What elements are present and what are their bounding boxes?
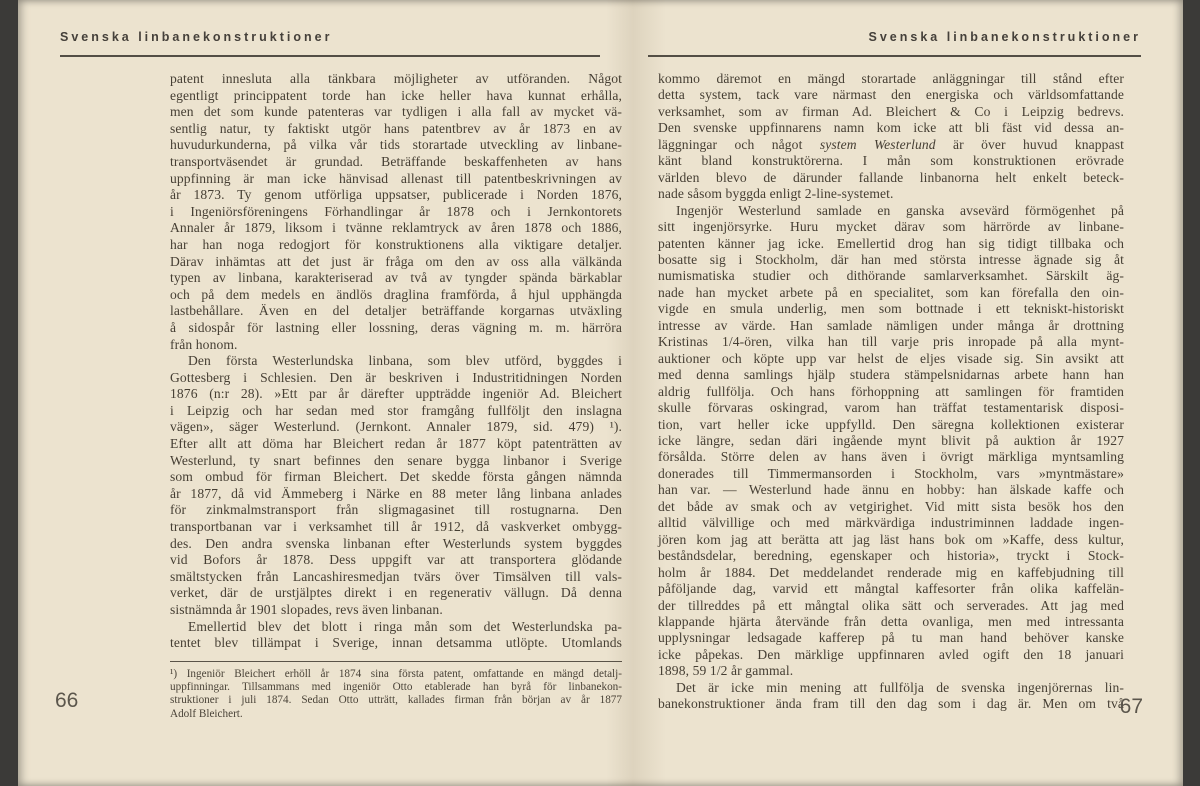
book-spread: Svenska linbanekonstruktioner patent inn… xyxy=(18,0,1183,786)
text-line: patent innesluta alla tänkbara möjlighet… xyxy=(170,71,622,88)
footnote: ¹) Ingeniör Bleichert erhöll år 1874 sin… xyxy=(170,668,622,721)
text-line: 1898, 59 1/2 år gammal. xyxy=(658,663,1124,679)
text-line: men det som kunde patenteras var tydlige… xyxy=(170,104,622,121)
text-line: tentet blev tillämpat i Sverige, innan d… xyxy=(170,635,622,652)
text-line: har han noga redogjort för konstruktione… xyxy=(170,237,622,254)
page-number-right: 67 xyxy=(1120,695,1143,719)
text-line: verket, där de urstjälptes direkt i en r… xyxy=(170,585,622,602)
text-line: transportbanan var i verksamhet till år … xyxy=(170,519,622,536)
header-rule-right xyxy=(648,55,1141,57)
running-header-right: Svenska linbanekonstruktioner xyxy=(869,30,1141,44)
text-line: der tillreddes på ett mångtal olika sätt… xyxy=(658,598,1124,614)
text-line: Den svenske uppfinnarens namn kom icke a… xyxy=(658,120,1124,136)
text-line: donerades till Timmermansorden i Stockho… xyxy=(658,466,1124,482)
text-line: kommo däremot en mängd storartade anlägg… xyxy=(658,71,1124,87)
page-right: Svenska linbanekonstruktioner kommo däre… xyxy=(620,0,1183,786)
text-column-right: kommo däremot en mängd storartade anlägg… xyxy=(658,71,1124,713)
text-line: år 1877, då vid Ämmeberg i Närke en 88 m… xyxy=(170,486,622,503)
text-line: Ingenjör Westerlund samlade en ganska av… xyxy=(658,203,1124,219)
page-left: Svenska linbanekonstruktioner patent inn… xyxy=(18,0,620,786)
text-line: läggningar och något system Westerlund ä… xyxy=(658,137,1124,153)
text-line: numismatiska studier och dithörande saml… xyxy=(658,268,1124,284)
text-line: icke längre, sedan däri ingående mynt bl… xyxy=(658,433,1124,449)
text-line: i Leipzig och har sedan med stor framgån… xyxy=(170,403,622,420)
text-line: i Ingeniörsföreningens Förhandlingar år … xyxy=(170,204,622,221)
text-line: uppfinning är man icke hänvisad allenast… xyxy=(170,171,622,188)
text-line: alltid välvillige och med märkvärdiga in… xyxy=(658,515,1124,531)
text-line: Därav inhämtas att det just är fråga om … xyxy=(170,254,622,271)
text-line: nade såsom byggda enligt 2-line-systemet… xyxy=(658,186,1124,202)
text-line: Emellertid blev det blott i ringa mån so… xyxy=(170,619,622,636)
text-line: detta system, tack vare närmast den ener… xyxy=(658,87,1124,103)
header-rule-left xyxy=(60,55,600,57)
text-line: uppfinningar. Tillsammans med ingeniör O… xyxy=(170,681,622,694)
text-line: banekonstruktioner ända fram till den da… xyxy=(658,696,1124,712)
text-line: försålda. Större delen av hans även i öv… xyxy=(658,449,1124,465)
text-line: Adolf Bleichert. xyxy=(170,708,622,721)
text-line: auktioner och köpte upp var helst de elj… xyxy=(658,351,1124,367)
text-line: som ombud för firman Bleichert. Det sked… xyxy=(170,469,622,486)
text-line: Westerlund, ty snart befinnes den senare… xyxy=(170,453,622,470)
text-line: år 1873. Ty genom utförliga uppsatser, p… xyxy=(170,187,622,204)
text-line: det både av smak och av vetgirighet. Vid… xyxy=(658,499,1124,515)
text-line: verksamhet, som av firman Ad. Bleichert … xyxy=(658,104,1124,120)
text-line: transportväsendet är grundad. Beträffand… xyxy=(170,154,622,171)
text-line: sitt ingenjörsyrke. Huru mycket därav so… xyxy=(658,219,1124,235)
text-line: för zinkmalmstransport från sligmagasine… xyxy=(170,502,622,519)
text-line: jören kom jag att berätta att jag läst h… xyxy=(658,532,1124,548)
text-line: beståndsdelar, beredning, egenskaper och… xyxy=(658,548,1124,564)
text-line: lastbehållare. Även en del detaljer betr… xyxy=(170,303,622,320)
text-line: egentligt princippatent torde han icke h… xyxy=(170,88,622,105)
text-line: aldrig fullfölja. Och hans förhoppning a… xyxy=(658,384,1124,400)
text-line: Annaler år 1879, liksom i tvänne reklamt… xyxy=(170,220,622,237)
text-line: Efter allt att döma har Bleichert redan … xyxy=(170,436,622,453)
text-line: nade han mycket arbete på en specialitet… xyxy=(658,285,1124,301)
text-line: struktioner i juli 1874. Sedan Otto uttr… xyxy=(170,694,622,707)
page-number-left: 66 xyxy=(55,689,78,713)
text-line: känt bland konstruktörerna. I mån som ko… xyxy=(658,153,1124,169)
text-line: han var. — Westerlund hade ännu en hobby… xyxy=(658,482,1124,498)
text-line: smältstycken från Lancashiresmedjan tvär… xyxy=(170,569,622,586)
text-column-left: patent innesluta alla tänkbara möjlighet… xyxy=(170,71,622,652)
text-line: vägen», säger Westerlund. (Jernkont. Ann… xyxy=(170,419,622,436)
text-line: från honom. xyxy=(170,337,622,354)
text-line: vid Bofors år 1878. Dess uppgift var att… xyxy=(170,552,622,569)
text-line: huvudurkunderna, på vilka vår tids stora… xyxy=(170,137,622,154)
footnote-rule xyxy=(170,661,622,662)
text-line: Gottesberg i Schlesien. Den är beskriven… xyxy=(170,370,622,387)
text-line: ¹) Ingeniör Bleichert erhöll år 1874 sin… xyxy=(170,668,622,681)
text-line: med denna samlings hjälp studera stämpel… xyxy=(658,367,1124,383)
text-line: påföljande dag, varvid ett mångtal kaffe… xyxy=(658,581,1124,597)
text-line: 1876 (n:r 28). »Ett par år därefter uppt… xyxy=(170,386,622,403)
running-header-left: Svenska linbanekonstruktioner xyxy=(60,30,332,44)
text-line: Kristinas 1/4-ören, vilka han till varje… xyxy=(658,334,1124,350)
text-line: och på dem medels en ändlös draglina fra… xyxy=(170,287,622,304)
text-line: tion, vart heller icke uppfylld. Den sär… xyxy=(658,417,1124,433)
text-line: sistnämnda år 1901 slopades, revs även l… xyxy=(170,602,622,619)
text-line: sentlig natur, ty faktiskt utgör hans pa… xyxy=(170,121,622,138)
text-line: upplysningar ledsagade kafferep på tu ma… xyxy=(658,630,1124,646)
text-line: vigde en smula underlig, men som bottnad… xyxy=(658,301,1124,317)
text-line: patenten känner jag icke. Emellertid dro… xyxy=(658,236,1124,252)
text-line: å sidospår för lastning eller lossning, … xyxy=(170,320,622,337)
text-line: skulle förvaras oskingrad, varom han trä… xyxy=(658,400,1124,416)
text-line: Det är icke min mening att fullfölja de … xyxy=(658,680,1124,696)
text-line: klappande hjärta återvände från detta ov… xyxy=(658,614,1124,630)
text-line: des. Den andra svenska linbanan efter We… xyxy=(170,536,622,553)
text-line: Den första Westerlundska linbana, som bl… xyxy=(170,353,622,370)
text-line: världen blevo de därunder fallande linba… xyxy=(658,170,1124,186)
text-line: bosatte sig i Stockholm, där han med stö… xyxy=(658,252,1124,268)
text-line: holm år 1884. Det meddelandet renderade … xyxy=(658,565,1124,581)
text-line: intresse av värde. Han samlade nämligen … xyxy=(658,318,1124,334)
text-line: icke påpekas. Den märklige uppfinnaren a… xyxy=(658,647,1124,663)
text-line: typen av linbana, karakteriserad av två … xyxy=(170,270,622,287)
